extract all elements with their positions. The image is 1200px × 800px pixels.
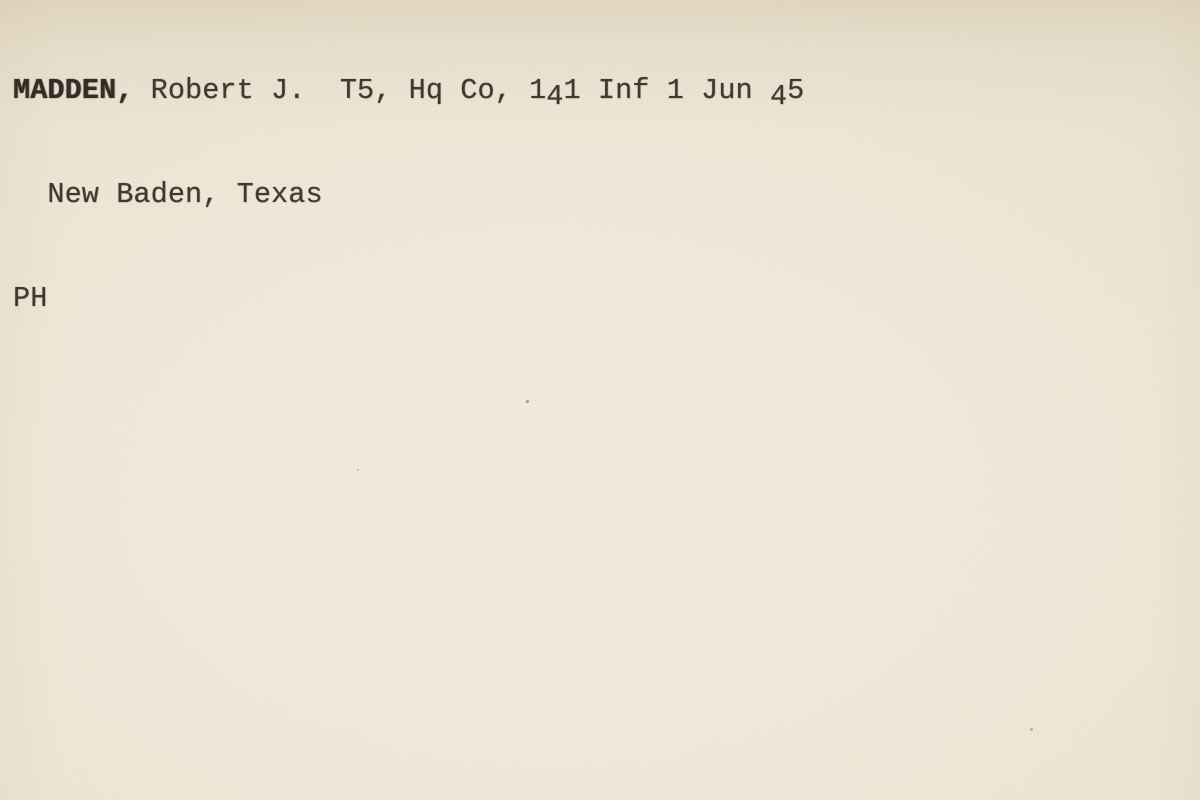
typed-text-block: MADDEN, Robert J. T5, Hq Co, 141 Inf 1 J… xyxy=(13,4,804,387)
index-card: MADDEN, Robert J. T5, Hq Co, 141 Inf 1 J… xyxy=(0,0,1200,800)
award-line: PH xyxy=(13,282,804,317)
paper-speck xyxy=(357,469,359,471)
service-member-line: MADDEN, Robert J. T5, Hq Co, 141 Inf 1 J… xyxy=(13,74,804,109)
service-details: Robert J. T5, Hq Co, 141 Inf 1 Jun 45 xyxy=(133,74,804,107)
surname: MADDEN, xyxy=(13,74,133,107)
residence-line: New Baden, Texas xyxy=(13,178,804,213)
paper-speck xyxy=(526,400,529,403)
paper-speck xyxy=(1030,728,1033,731)
